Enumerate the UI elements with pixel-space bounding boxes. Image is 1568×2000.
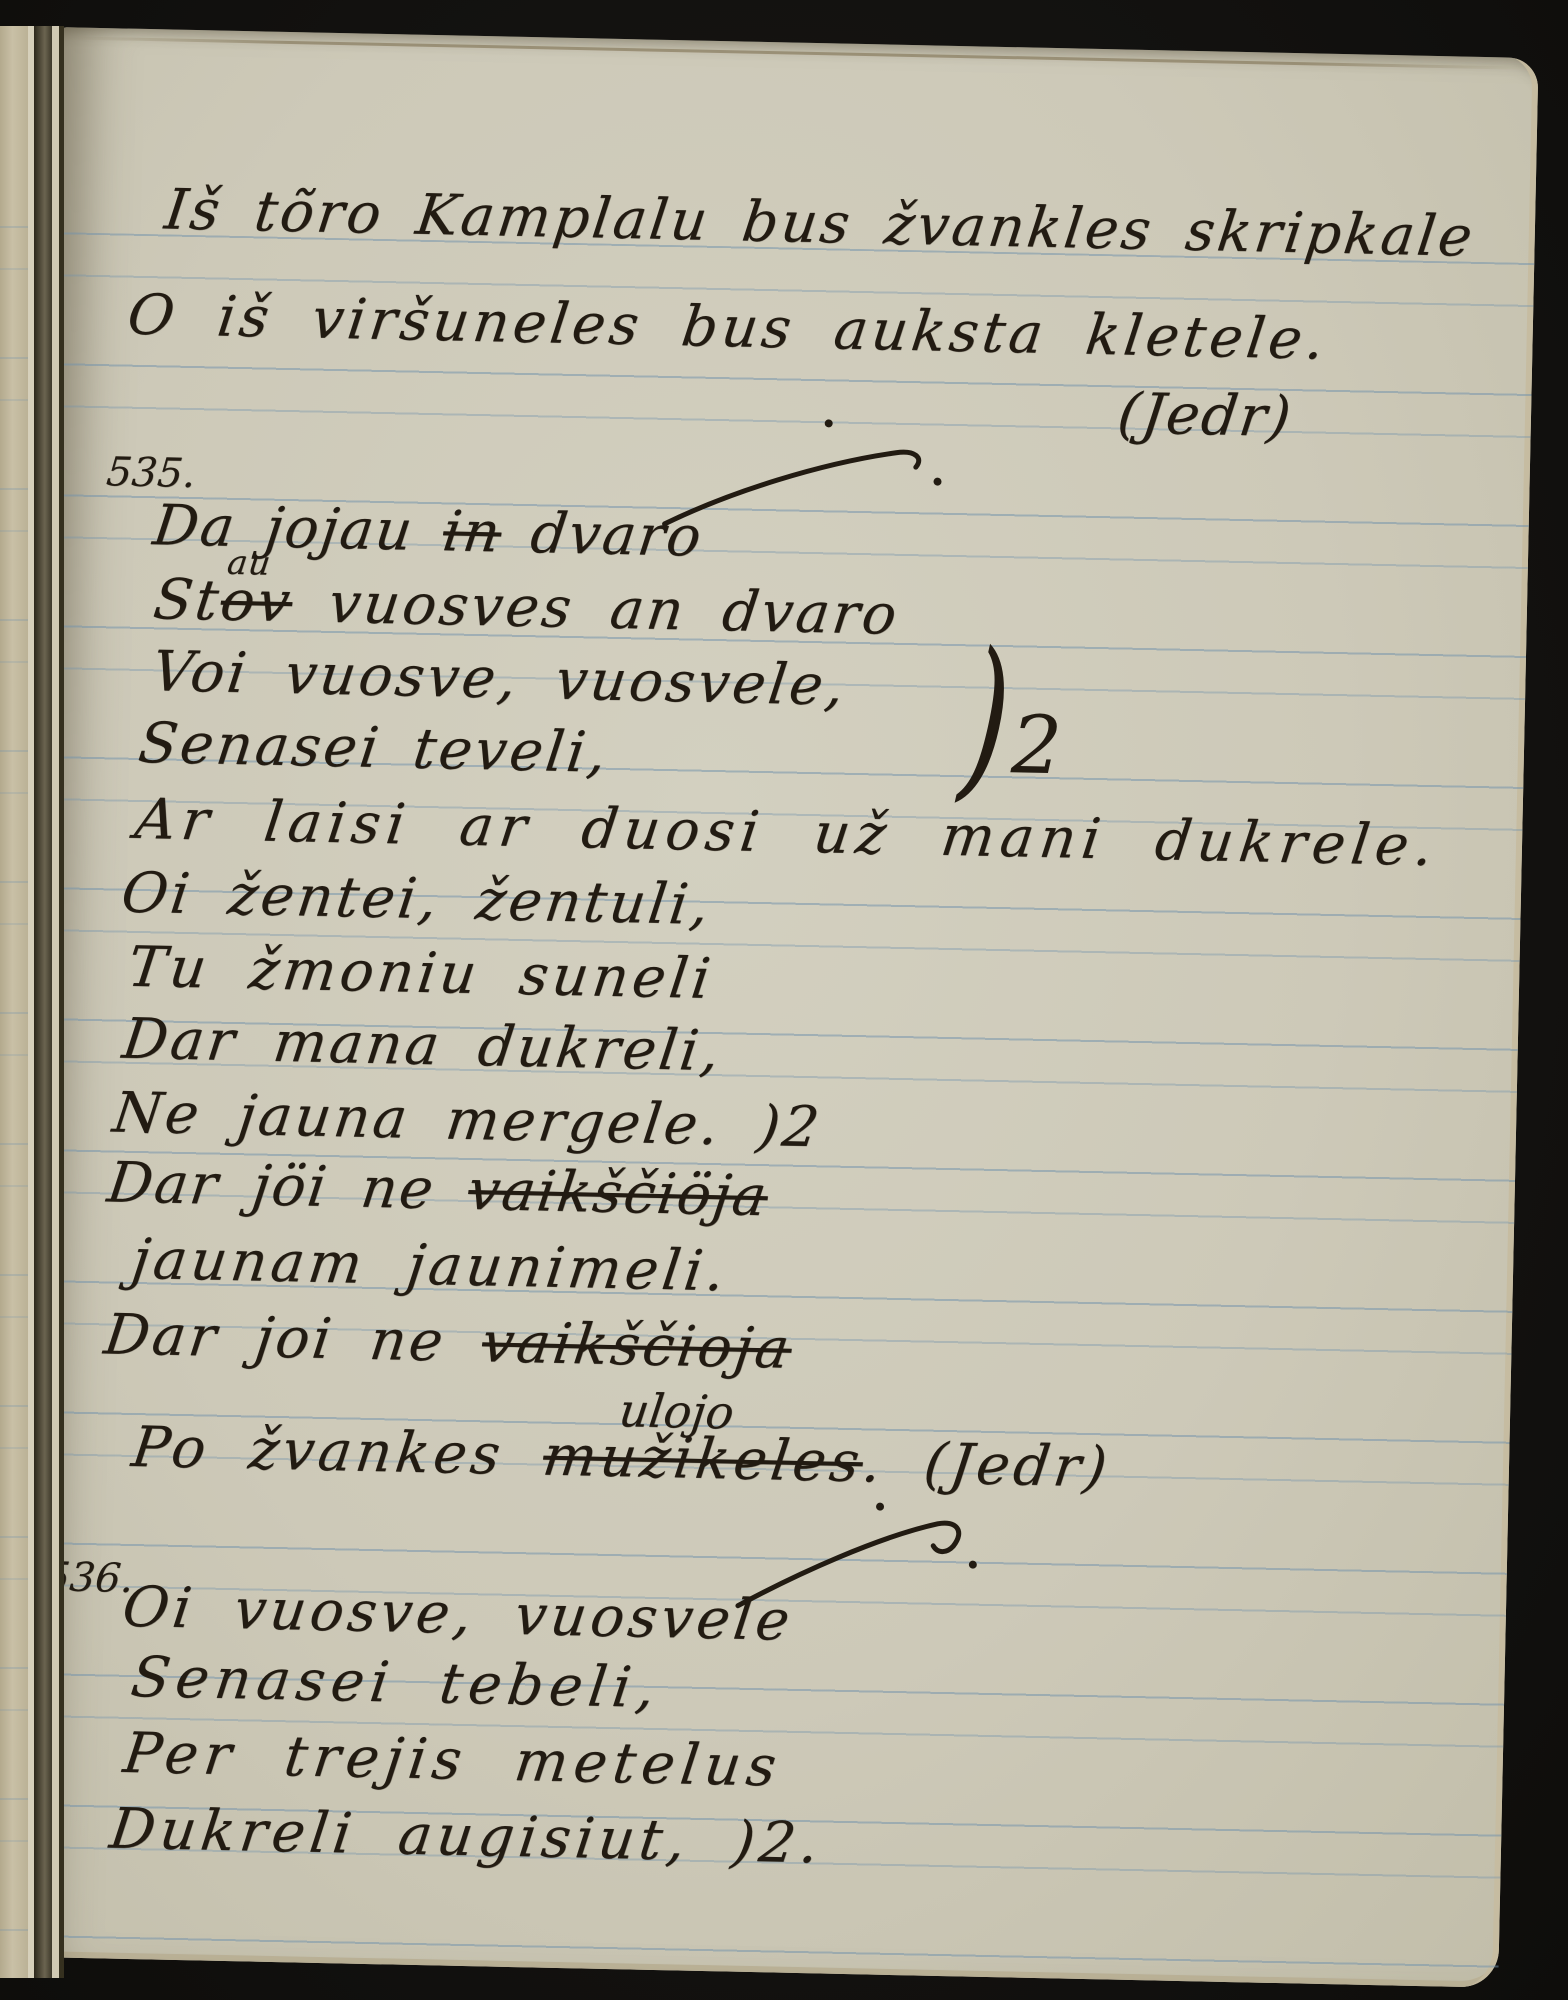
struck-word: vaikščiöja [464, 1158, 771, 1229]
script-line: Oi žentei, žentuli, [118, 863, 715, 937]
script-line: jaunam jaunimeli. [128, 1229, 731, 1303]
script-word: Per trejis metelus [120, 1721, 786, 1800]
ruled-lines [0, 226, 28, 1960]
script-word: Dar jöi ne [104, 1150, 473, 1222]
script-line: Tu žmoniu suneli [125, 937, 718, 1011]
script-line: Dar joi ne vaikščioja [101, 1304, 796, 1380]
script-line: Dar jöi ne vaikščiöja [104, 1152, 772, 1227]
script-line: Dar mana dukreli, [119, 1009, 726, 1083]
script-word: dvaro [497, 501, 706, 570]
script-word: Tu žmoniu suneli [124, 935, 717, 1012]
script-word: Da jojau [150, 493, 448, 564]
script-line: Senasei teveli, [135, 713, 612, 784]
repeat-count: 2 [1010, 705, 1063, 786]
binding-shadow [59, 26, 64, 1978]
inserted-correction: au [225, 545, 273, 583]
script-word: . (Jedr) [859, 1430, 1115, 1500]
song-number-535: 535. [105, 452, 198, 494]
notebook-page: Iš tõro Kamplalu bus žvankles skripkale … [20, 27, 1538, 1988]
script-line: Voi vuosve, vuosvele, [149, 641, 851, 717]
binding-shadow [34, 26, 52, 1978]
script-line: Oi vuosve, vuosvele [119, 1577, 797, 1652]
struck-word: mužikeles [539, 1424, 867, 1496]
script-word: jaunam jaunimeli. [128, 1227, 732, 1304]
script-line: Per trejis metelus [120, 1723, 785, 1798]
script-word: Dar joi ne [101, 1302, 487, 1375]
struck-word: in [439, 499, 505, 565]
script-word: Dar mana dukreli, [119, 1007, 726, 1084]
attribution-mark: (Jedr) [1114, 383, 1296, 448]
script-line: Dukreli augisiut, )2. [106, 1799, 826, 1875]
script-word: vuosves an dvaro [288, 570, 903, 648]
script-word: Senasei teveli, [135, 711, 613, 786]
repeat-bracket: ) 2 [950, 638, 1065, 802]
script-word: Senasei tebeli, [127, 1645, 664, 1721]
script-word: Oi žentei, žentuli, [118, 861, 715, 938]
struck-word: ovau [217, 569, 297, 635]
script-word: Po žvankes [128, 1415, 547, 1488]
binding-page-edges [0, 26, 64, 1978]
struck-word: vaikščioja [478, 1310, 795, 1381]
script-line: Ne jauna mergele. )2 [109, 1083, 825, 1159]
page-edge-strip [0, 26, 28, 1978]
repeat-paren: ) [957, 635, 1016, 805]
page-edge-strip [52, 26, 59, 1978]
script-word: St [150, 567, 225, 633]
script-line: Senasei tebeli, [128, 1647, 664, 1720]
